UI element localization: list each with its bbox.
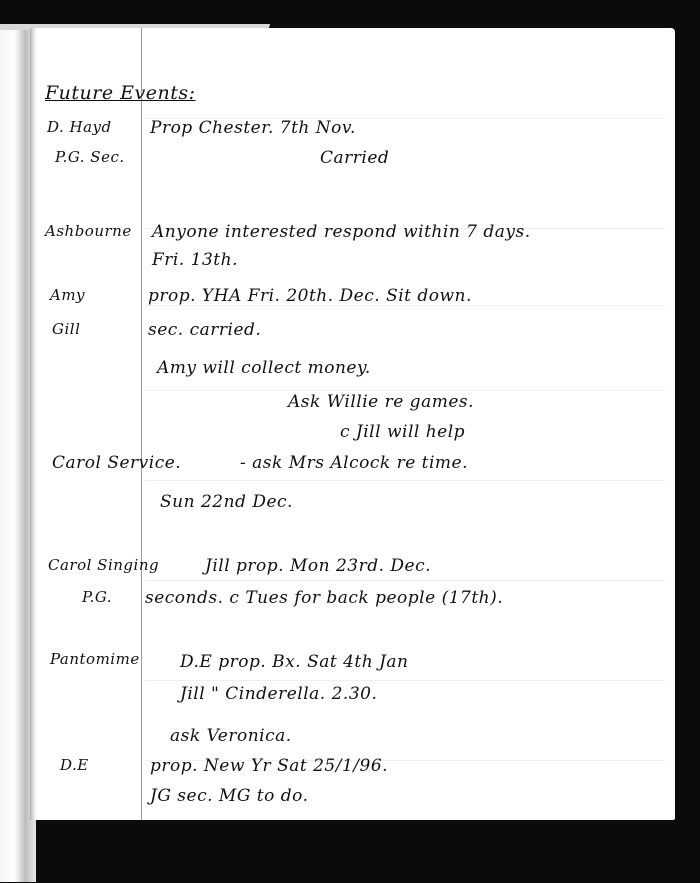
page-heading: Future Events: <box>45 82 196 104</box>
entry-line: ask Veronica. <box>170 726 292 746</box>
entry-line: JG sec. MG to do. <box>150 786 309 806</box>
entry-line: c Jill will help <box>340 422 465 442</box>
entry-line: prop. YHA Fri. 20th. Dec. Sit down. <box>148 286 472 306</box>
entry-line: Amy will collect money. <box>157 358 371 378</box>
entry-label: Ashbourne <box>45 222 132 240</box>
entry-line: D.E prop. Bx. Sat 4th Jan <box>180 652 408 672</box>
rule-line <box>145 390 665 391</box>
margin-line <box>141 28 142 820</box>
entry-line: seconds. c Tues for back people (17th). <box>145 588 503 608</box>
entry-label: P.G. <box>82 588 112 606</box>
entry-line: sec. carried. <box>148 320 261 340</box>
entry-label: Carol Service. <box>52 453 181 473</box>
entry-label: Gill <box>52 320 80 338</box>
entry-line: Sun 22nd Dec. <box>160 492 293 512</box>
entry-line: - ask Mrs Alcock re time. <box>240 453 468 473</box>
entry-line: Carried <box>320 148 389 168</box>
entry-line: Fri. 13th. <box>152 250 238 270</box>
entry-label: Amy <box>50 286 85 304</box>
entry-line: Jill " Cinderella. 2.30. <box>180 684 377 704</box>
entry-label: D.E <box>60 756 89 774</box>
entry-label: D. Hayd <box>47 118 112 136</box>
rule-line <box>145 480 665 481</box>
entry-line: Anyone interested respond within 7 days. <box>152 222 531 242</box>
entry-line: Jill prop. Mon 23rd. Dec. <box>205 556 431 576</box>
rule-line <box>145 580 665 581</box>
entry-line: prop. New Yr Sat 25/1/96. <box>150 756 388 776</box>
entry-label: Carol Singing <box>48 556 159 574</box>
entry-label: Pantomime <box>50 650 140 668</box>
entry-label: P.G. Sec. <box>55 148 125 166</box>
entry-line: Prop Chester. 7th Nov. <box>150 118 356 138</box>
entry-line: Ask Willie re games. <box>288 392 474 412</box>
rule-line <box>145 680 665 681</box>
